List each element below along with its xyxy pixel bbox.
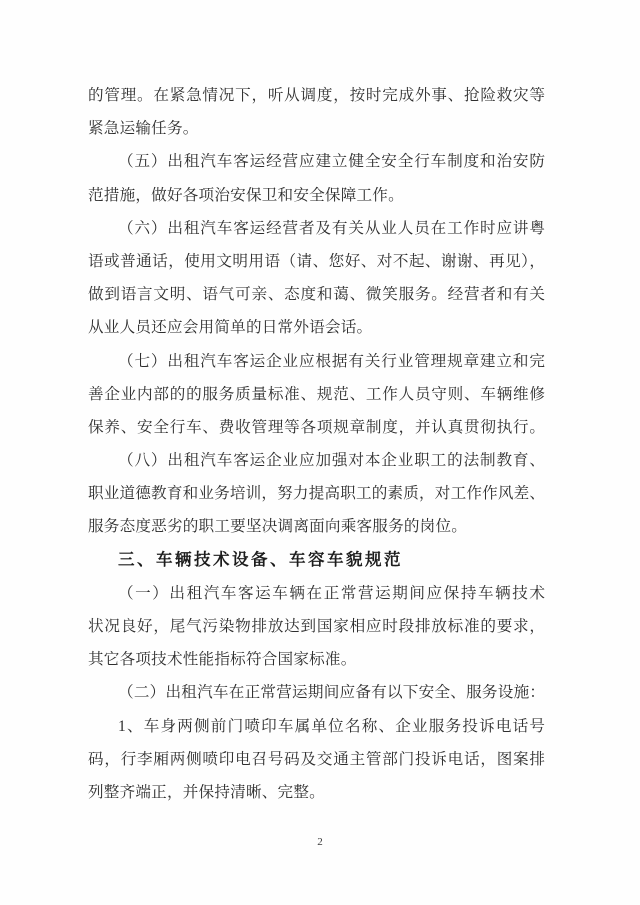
body-line: 其它各项技术性能指标符合国家标准。: [88, 643, 545, 676]
body-line: 码，行李厢两侧喷印电召号码及交通主管部门投诉电话，图案排: [88, 743, 545, 776]
body-line: （五）出租汽车客运经营应建立健全安全行车制度和治安防: [88, 145, 545, 178]
body-line: （七）出租汽车客运企业应根据有关行业管理规章建立和完: [88, 345, 545, 378]
section-heading: 三、车辆技术设备、车容车貌规范: [88, 544, 545, 577]
body-line: 1、车身两侧前门喷印车属单位名称、企业服务投诉电话号: [88, 710, 545, 743]
body-line: 列整齐端正，并保持清晰、完整。: [88, 776, 545, 809]
body-line: 紧急运输任务。: [88, 112, 545, 145]
body-line: 做到语言文明、语气可亲、态度和蔼、微笑服务。经营者和有关: [88, 278, 545, 311]
document-page: 的管理。在紧急情况下，听从调度，按时完成外事、抢险救灾等 紧急运输任务。 （五）…: [0, 0, 640, 905]
body-line: 从业人员还应会用简单的日常外语会话。: [88, 311, 545, 344]
body-line: 职业道德教育和业务培训，努力提高职工的素质，对工作作风差、: [88, 477, 545, 510]
body-line: （六）出租汽车客运经营者及有关从业人员在工作时应讲粤: [88, 212, 545, 245]
body-line: 善企业内部的的服务质量标准、规范、工作人员守则、车辆维修: [88, 378, 545, 411]
body-line: 的管理。在紧急情况下，听从调度，按时完成外事、抢险救灾等: [88, 79, 545, 112]
body-line: 保养、安全行车、费收管理等各项规章制度，并认真贯彻执行。: [88, 411, 545, 444]
body-line: （一）出租汽车客运车辆在正常营运期间应保持车辆技术: [88, 577, 545, 610]
body-line: 语或普通话，使用文明用语（请、您好、对不起、谢谢、再见），: [88, 245, 545, 278]
body-line: 状况良好，尾气污染物排放达到国家相应时段排放标准的要求，: [88, 610, 545, 643]
body-line: 服务态度恶劣的职工要坚决调离面向乘客服务的岗位。: [88, 510, 545, 543]
body-line: 范措施，做好各项治安保卫和安全保障工作。: [88, 179, 545, 212]
body-line: （八）出租汽车客运企业应加强对本企业职工的法制教育、: [88, 444, 545, 477]
page-number: 2: [0, 836, 640, 848]
document-body: 的管理。在紧急情况下，听从调度，按时完成外事、抢险救灾等 紧急运输任务。 （五）…: [88, 79, 545, 809]
body-line: （二）出租汽车在正常营运期间应备有以下安全、服务设施：: [88, 676, 545, 709]
